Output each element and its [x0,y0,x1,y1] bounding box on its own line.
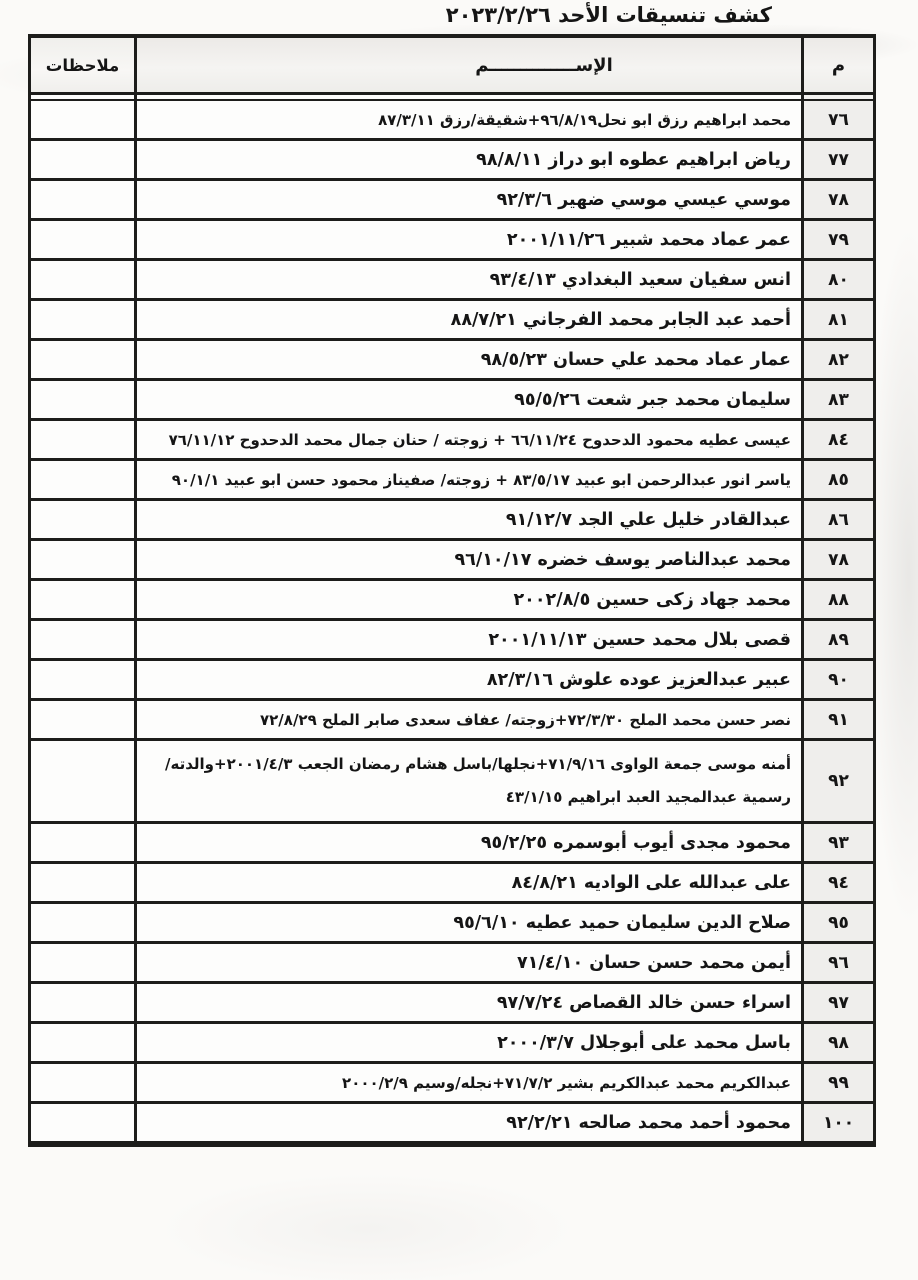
name-line-1: أمنه موسى جمعة الواوى ٧١/٩/١٦+نجلها/باسل… [141,756,791,773]
header-name-column: الإســــــــــــــم [134,38,801,95]
row-number-cell: ٨٢ [801,341,873,381]
name-cell: باسل محمد على أبوجلال ٢٠٠٠/٣/٧ [134,1024,801,1064]
name-cell: سليمان محمد جبر شعت ٩٥/٥/٢٦ [134,381,801,421]
row-number-cell: ٩٢ [801,741,873,824]
row-number-cell: ٩١ [801,701,873,741]
notes-cell [31,661,134,701]
name-cell: نصر حسن محمد الملح ٧٢/٣/٣٠+زوجته/ عفاف س… [134,701,801,741]
row-number-cell: ٨٤ [801,421,873,461]
page-title: كشف تنسيقات الأحد ٢٠٢٣/٢/٢٦ [446,3,772,27]
row-number-cell: ٧٨ [801,181,873,221]
notes-cell [31,261,134,301]
name-cell: ياسر انور عبدالرحمن ابو عبيد ٨٣/٥/١٧ + ز… [134,461,801,501]
row-number-cell: ٧٧ [801,141,873,181]
row-number-cell: ٩٠ [801,661,873,701]
row-number-cell: ٨٩ [801,621,873,661]
notes-cell [31,1104,134,1144]
row-number-cell: ٩٣ [801,824,873,864]
notes-cell [31,581,134,621]
scanned-page: كشف تنسيقات الأحد ٢٠٢٣/٢/٢٦ م الإســــــ… [0,0,918,1280]
name-cell: اسراء حسن خالد القصاص ٩٧/٧/٢٤ [134,984,801,1024]
notes-cell [31,541,134,581]
row-number-cell: ٩٩ [801,1064,873,1104]
row-number-cell: ٨٠ [801,261,873,301]
name-cell: عبير عبدالعزيز عوده علوش ٨٢/٣/١٦ [134,661,801,701]
row-number-cell: ٩٦ [801,944,873,984]
notes-cell [31,1024,134,1064]
name-cell: أمنه موسى جمعة الواوى ٧١/٩/١٦+نجلها/باسل… [134,741,801,824]
header-number-column: م [801,38,873,95]
header-notes-column: ملاحظات [31,38,134,95]
notes-cell [31,621,134,661]
notes-cell [31,461,134,501]
row-number-cell: ٧٦ [801,101,873,141]
notes-cell [31,341,134,381]
row-number-cell: ٩٤ [801,864,873,904]
notes-cell [31,1064,134,1104]
notes-cell [31,181,134,221]
notes-cell [31,824,134,864]
row-number-cell: ٩٨ [801,1024,873,1064]
notes-cell [31,381,134,421]
name-cell: عبدالكريم محمد عبدالكريم بشير ٧١/٧/٢+نجل… [134,1064,801,1104]
notes-cell [31,701,134,741]
notes-cell [31,301,134,341]
name-cell: محمود مجدى أيوب أبوسمره ٩٥/٢/٢٥ [134,824,801,864]
name-cell: محمد جهاد زكى حسين ٢٠٠٢/٨/٥ [134,581,801,621]
row-number-cell: ٧٨ [801,541,873,581]
notes-cell [31,944,134,984]
row-number-cell: ٨٦ [801,501,873,541]
row-number-cell: ٧٩ [801,221,873,261]
name-cell: محمود أحمد محمد صالحه ٩٢/٢/٢١ [134,1104,801,1144]
name-cell: صلاح الدين سليمان حميد عطيه ٩٥/٦/١٠ [134,904,801,944]
name-cell: أحمد عبد الجابر محمد الفرجاني ٨٨/٧/٢١ [134,301,801,341]
notes-cell [31,221,134,261]
name-cell: عمار عماد محمد علي حسان ٩٨/٥/٢٣ [134,341,801,381]
notes-cell [31,984,134,1024]
name-cell: محمد ابراهيم رزق ابو نحل٩٦/٨/١٩+شقيقة/رز… [134,101,801,141]
notes-cell [31,904,134,944]
name-cell: أيمن محمد حسن حسان ٧١/٤/١٠ [134,944,801,984]
name-cell: قصى بلال محمد حسين ٢٠٠١/١١/١٣ [134,621,801,661]
name-cell: رياض ابراهيم عطوه ابو دراز ٩٨/٨/١١ [134,141,801,181]
row-number-cell: ٩٥ [801,904,873,944]
notes-cell [31,501,134,541]
notes-cell [31,141,134,181]
notes-cell [31,864,134,904]
name-cell: انس سفيان سعيد البغدادي ٩٣/٤/١٣ [134,261,801,301]
notes-cell [31,101,134,141]
name-cell: محمد عبدالناصر يوسف خضره ٩٦/١٠/١٧ [134,541,801,581]
row-number-cell: ٨٣ [801,381,873,421]
row-number-cell: ١٠٠ [801,1104,873,1144]
name-cell: عيسى عطيه محمود الدحدوح ٦٦/١١/٢٤ + زوجته… [134,421,801,461]
name-cell: عمر عماد محمد شبير ٢٠٠١/١١/٢٦ [134,221,801,261]
row-number-cell: ٨١ [801,301,873,341]
notes-cell [31,421,134,461]
name-line-2: رسمية عبدالمجيد العبد ابراهيم ٤٣/١/١٥ [141,789,791,806]
name-cell: عبدالقادر خليل علي الجد ٩١/١٢/٧ [134,501,801,541]
row-number-cell: ٨٨ [801,581,873,621]
name-cell: موسي عيسي موسي ضهير ٩٢/٣/٦ [134,181,801,221]
notes-cell [31,741,134,824]
name-cell: على عبدالله على الواديه ٨٤/٨/٢١ [134,864,801,904]
coordination-table: م الإســــــــــــــم ملاحظات ٧٦ محمد اب… [28,34,876,1147]
row-number-cell: ٨٥ [801,461,873,501]
row-number-cell: ٩٧ [801,984,873,1024]
